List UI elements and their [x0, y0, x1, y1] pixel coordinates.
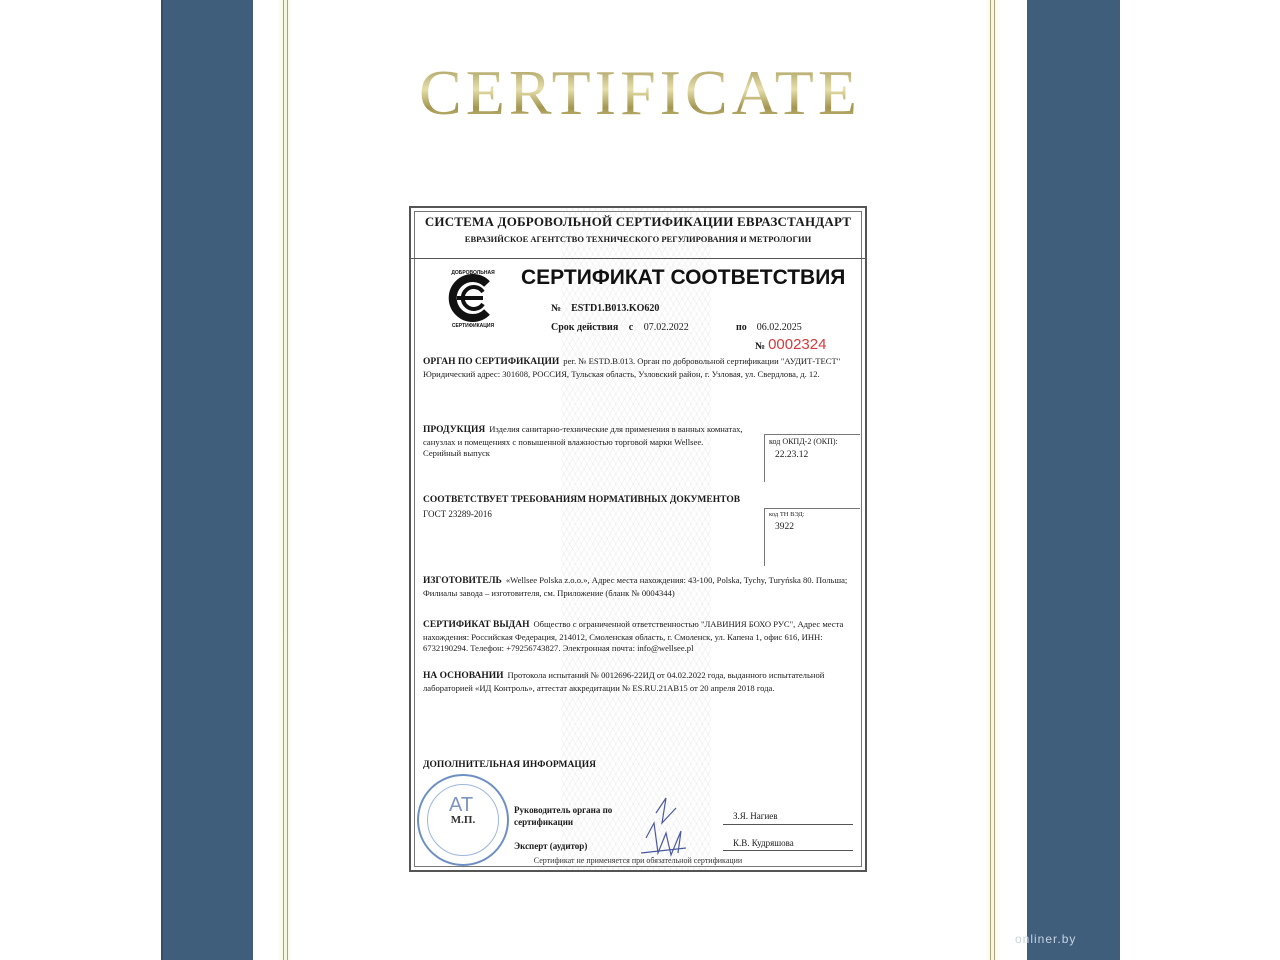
svg-text:СЕРТИФИКАЦИЯ: СЕРТИФИКАЦИЯ	[452, 323, 495, 328]
issued-to-section: СЕРТИФИКАТ ВЫДАНОбщество с ограниченной …	[423, 619, 855, 655]
validity-label: Срок действия	[551, 322, 618, 333]
tnved-code-box: код ТН ВЭД: 3922	[764, 508, 860, 566]
product-label: ПРОДУКЦИЯ	[423, 425, 485, 435]
head-signature-line	[723, 824, 853, 825]
okpd-label: код ОКПД-2 (ОКП):	[769, 437, 856, 446]
validity-period: Срок действия с 07.02.2022 по 06.02.2025	[551, 322, 689, 333]
serial-value: 0002324	[768, 336, 826, 353]
voluntary-certification-logo-icon: ДОБРОВОЛЬНАЯ СЕРТИФИКАЦИЯ	[443, 268, 503, 328]
product-release-type: Серийный выпуск	[423, 448, 755, 460]
validity-from-date: 07.02.2022	[644, 322, 689, 333]
head-name: З.Я. Нагиев	[733, 811, 778, 821]
document-header: СИСТЕМА ДОБРОВОЛЬНОЙ СЕРТИФИКАЦИИ ЕВРАЗС…	[411, 214, 865, 244]
requirements-standard: ГОСТ 23289-2016	[423, 509, 492, 519]
svg-text:ДОБРОВОЛЬНАЯ: ДОБРОВОЛЬНАЯ	[451, 270, 495, 276]
agency-title: ЕВРАЗИЙСКОЕ АГЕНТСТВО ТЕХНИЧЕСКОГО РЕГУЛ…	[411, 234, 865, 244]
right-blue-panel	[1027, 0, 1120, 960]
left-gold-border-glow	[278, 0, 292, 960]
okpd-code-box: код ОКПД-2 (ОКП): 22.23.12	[764, 434, 860, 482]
right-gold-border-glow	[985, 0, 999, 960]
requirements-title: СООТВЕТСТВУЕТ ТРЕБОВАНИЯМ НОРМАТИВНЫХ ДО…	[423, 495, 740, 505]
basis-label: НА ОСНОВАНИИ	[423, 671, 504, 681]
manufacturer-label: ИЗГОТОВИТЕЛЬ	[423, 576, 502, 586]
additional-info-title: ДОПОЛНИТЕЛЬНАЯ ИНФОРМАЦИЯ	[423, 760, 596, 770]
certificate-document: СИСТЕМА ДОБРОВОЛЬНОЙ СЕРТИФИКАЦИИ ЕВРАЗС…	[409, 206, 867, 872]
right-gold-border-line-inner	[994, 0, 995, 960]
expert-signature-line	[723, 850, 853, 851]
left-blue-panel	[161, 0, 253, 960]
certification-stamp: AT М.П.	[417, 774, 509, 866]
blank-serial-number: №0002324	[755, 336, 826, 353]
okpd-value: 22.23.12	[775, 450, 856, 460]
certification-body-section: ОРГАН ПО СЕРТИФИКАЦИИрег. № ESTD.B.013. …	[423, 356, 855, 380]
page-title: CERTIFICATE	[0, 56, 1280, 130]
expert-label: Эксперт (аудитор)	[514, 840, 587, 852]
manufacturer-section: ИЗГОТОВИТЕЛЬ«Wellsee Polska z.o.o.», Адр…	[423, 575, 855, 599]
basis-section: НА ОСНОВАНИИПротокола испытаний № 001269…	[423, 670, 855, 694]
expert-name: К.В. Кудряшова	[733, 838, 794, 848]
stamp-mp-label: М.П.	[419, 814, 507, 826]
left-gold-border-line-inner	[287, 0, 288, 960]
site-watermark: onliner.by	[1015, 932, 1076, 946]
footer-note: Сертификат не применяется при обязательн…	[411, 856, 865, 865]
product-section: ПРОДУКЦИЯИзделия санитарно-технические д…	[423, 424, 755, 460]
tnved-label: код ТН ВЭД:	[769, 511, 856, 518]
number-value: ESTD1.B013.KO620	[571, 303, 659, 314]
number-label: №	[551, 303, 561, 314]
certification-body-label: ОРГАН ПО СЕРТИФИКАЦИИ	[423, 357, 559, 367]
issued-to-label: СЕРТИФИКАТ ВЫДАН	[423, 620, 529, 630]
validity-to-label: по	[736, 322, 747, 333]
signature-scribble-icon	[636, 793, 696, 863]
certificate-of-conformity-title: СЕРТИФИКАТ СООТВЕТСТВИЯ	[521, 266, 845, 290]
right-gold-border-line	[990, 0, 991, 960]
validity-from-label: с	[629, 322, 633, 333]
certificate-number: №ESTD1.B013.KO620	[551, 303, 659, 314]
serial-label: №	[755, 341, 765, 352]
left-gold-border-line	[283, 0, 284, 960]
head-of-body-label: Руководитель органа по сертификации	[514, 804, 614, 828]
validity-to-date: 06.02.2025	[757, 322, 802, 333]
tnved-value: 3922	[775, 522, 856, 532]
system-title: СИСТЕМА ДОБРОВОЛЬНОЙ СЕРТИФИКАЦИИ ЕВРАЗС…	[411, 214, 865, 230]
header-divider	[411, 258, 865, 259]
